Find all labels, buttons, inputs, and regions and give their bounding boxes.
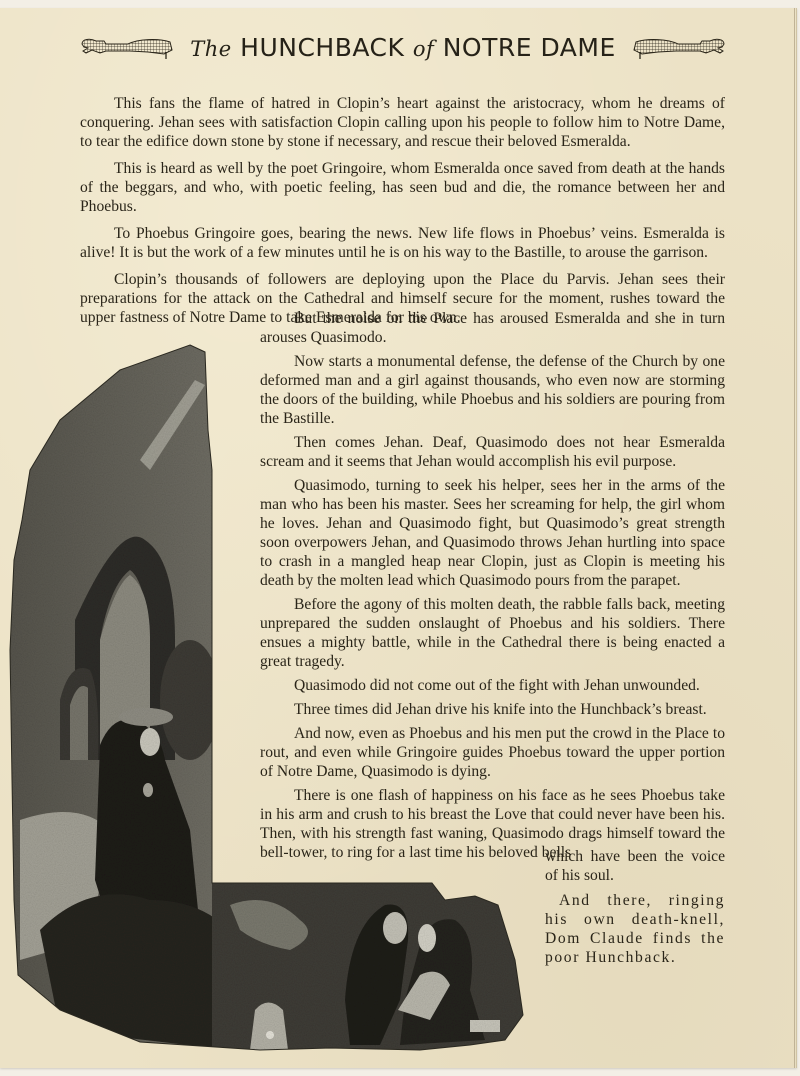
closing-paragraph: And there, ringing his own death-knell, … (545, 891, 725, 967)
paragraph-continuation: which have been the voice of his soul. (545, 847, 725, 885)
pointing-hand-ornament-left-icon (78, 34, 178, 60)
article-top-block: This fans the flame of hatred in Clopin’… (80, 94, 725, 335)
title-main: HUNCHBACK (240, 33, 404, 62)
title-of: of (413, 37, 434, 61)
paragraph: Then comes Jehan. Deaf, Quasimodo does n… (260, 433, 725, 471)
paragraph: Now starts a monumental defense, the def… (260, 352, 725, 428)
article-right-column: But the noise on the Place has aroused E… (260, 309, 725, 862)
page-header: The HUNCHBACK of NOTRE DAME (58, 30, 748, 64)
page-fold-line (794, 8, 795, 1068)
paragraph: Before the agony of this molten death, t… (260, 595, 725, 671)
title-end: NOTRE DAME (443, 33, 616, 62)
article-tail-column: which have been the voice of his soul. A… (545, 847, 725, 973)
page-title: The HUNCHBACK of NOTRE DAME (190, 33, 616, 62)
title-prefix: The (190, 37, 231, 61)
paragraph: To Phoebus Gringoire goes, bearing the n… (80, 224, 725, 262)
pointing-hand-ornament-right-icon (628, 34, 728, 60)
paragraph: Three times did Jehan drive his knife in… (260, 700, 725, 719)
paragraph: This fans the flame of hatred in Clopin’… (80, 94, 725, 151)
paragraph: And now, even as Phoebus and his men put… (260, 724, 725, 781)
paragraph: This is heard as well by the poet Gringo… (80, 159, 725, 216)
paragraph: But the noise on the Place has aroused E… (260, 309, 725, 347)
paragraph: Quasimodo, turning to seek his helper, s… (260, 476, 725, 590)
paragraph: Quasimodo did not come out of the fight … (260, 676, 725, 695)
